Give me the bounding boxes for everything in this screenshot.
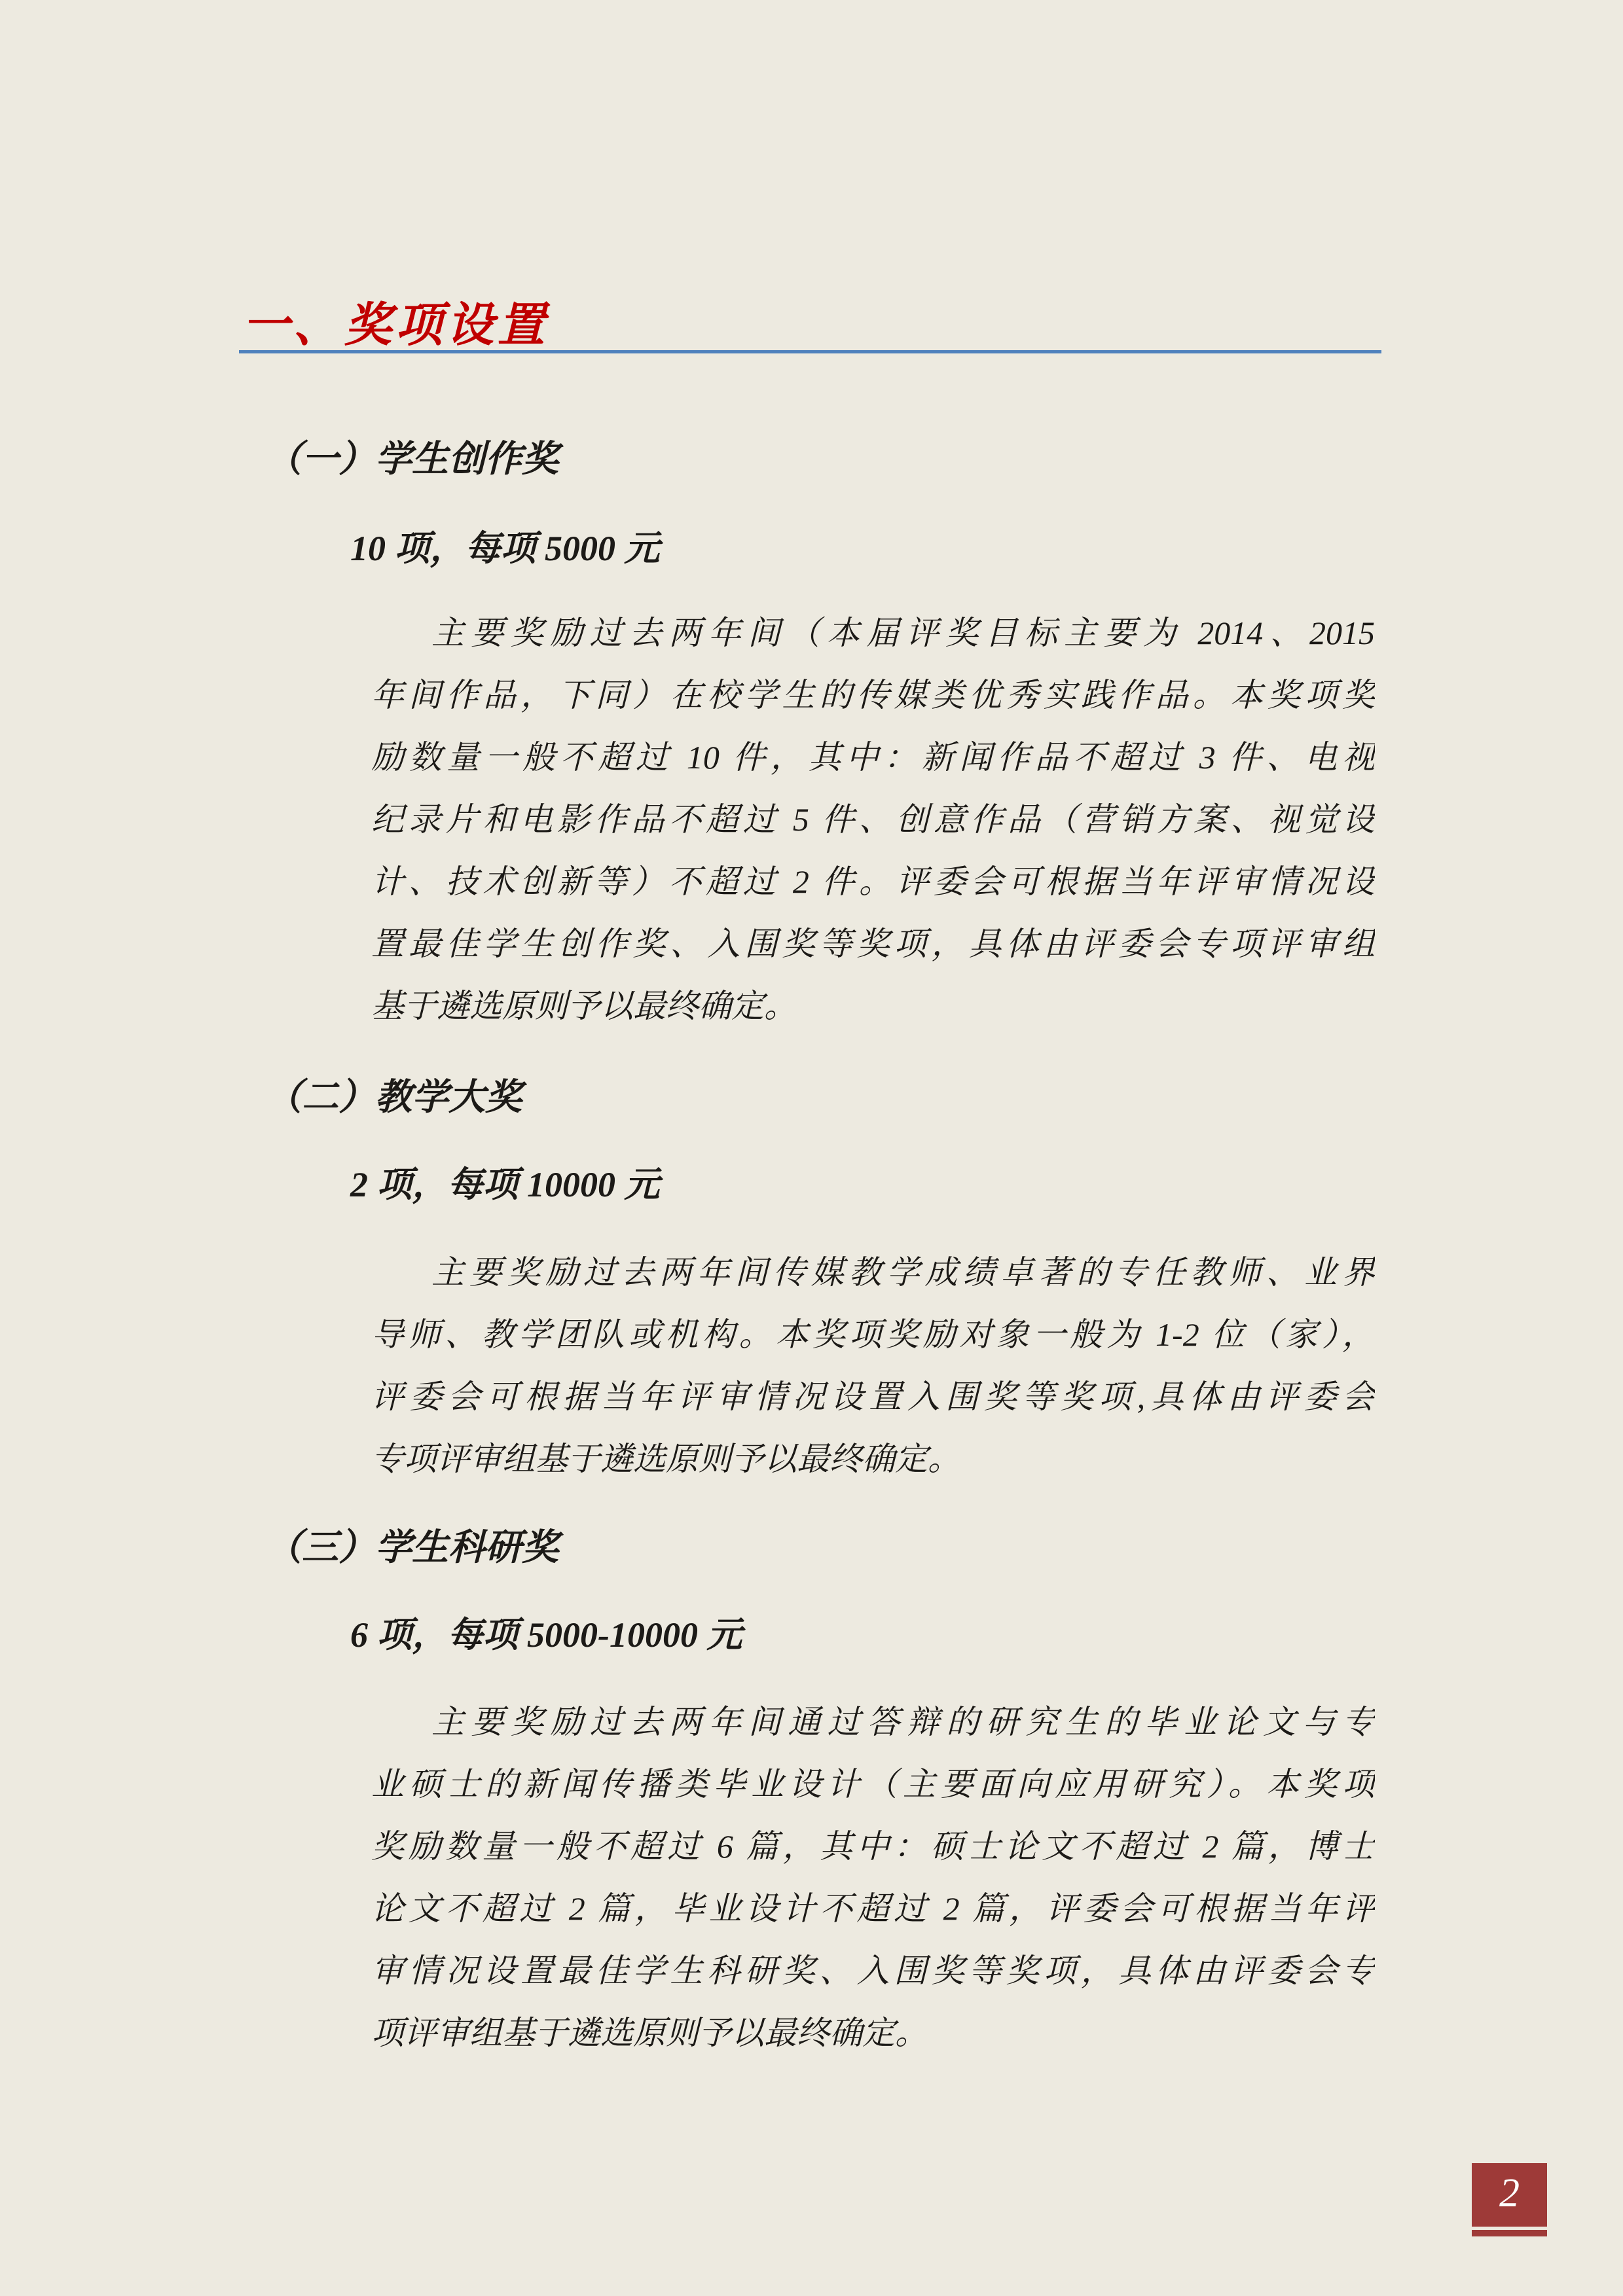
- page-number-box: 2: [1472, 2163, 1547, 2227]
- body-line: 计、技术创新等）不超过 2 件。评委会可根据当年评审情况设: [371, 851, 1375, 913]
- section-1-paragraph: 主要奖励过去两年间（本届评奖目标主要为 2014、2015 年间作品，下同）在校…: [371, 602, 1375, 1037]
- body-line: 论文不超过 2 篇，毕业设计不超过 2 篇，评委会可根据当年评: [371, 1878, 1375, 1940]
- page-number: 2: [1499, 2170, 1520, 2217]
- body-line: 主要奖励过去两年间通过答辩的研究生的毕业论文与专: [371, 1691, 1375, 1753]
- document-page: 一、奖项设置 （一）学生创作奖 10 项，每项 5000 元 主要奖励过去两年间…: [0, 0, 1623, 2296]
- title-underline: [239, 350, 1381, 353]
- body-line: 奖励数量一般不超过 6 篇，其中：硕士论文不超过 2 篇，博士: [371, 1816, 1375, 1878]
- body-line: 导师、教学团队或机构。本奖项奖励对象一般为 1-2 位（家），: [371, 1304, 1375, 1366]
- section-2-heading: （二）教学大奖: [265, 1079, 522, 1116]
- section-2-award: 2 项，每项 10000 元: [350, 1166, 660, 1203]
- section-3-paragraph: 主要奖励过去两年间通过答辩的研究生的毕业论文与专 业硕士的新闻传播类毕业设计（主…: [371, 1691, 1375, 2064]
- body-line: 业硕士的新闻传播类毕业设计（主要面向应用研究）。本奖项: [371, 1753, 1375, 1816]
- body-line: 基于遴选原则予以最终确定。: [371, 975, 1375, 1037]
- body-line: 励数量一般不超过 10 件，其中：新闻作品不超过 3 件、电视: [371, 726, 1375, 789]
- page-number-strip: [1472, 2230, 1547, 2236]
- body-line: 置最佳学生创作奖、入围奖等奖项，具体由评委会专项评审组: [371, 913, 1375, 975]
- body-line: 专项评审组基于遴选原则予以最终确定。: [371, 1428, 1375, 1490]
- body-line: 年间作品，下同）在校学生的传媒类优秀实践作品。本奖项奖: [371, 664, 1375, 726]
- section-1-heading: （一）学生创作奖: [265, 441, 558, 478]
- body-line: 主要奖励过去两年间（本届评奖目标主要为 2014、2015: [371, 602, 1375, 664]
- body-line: 评委会可根据当年评审情况设置入围奖等奖项,具体由评委会: [371, 1366, 1375, 1428]
- body-line: 纪录片和电影作品不超过 5 件、创意作品（营销方案、视觉设: [371, 789, 1375, 851]
- body-line: 主要奖励过去两年间传媒教学成绩卓著的专任教师、业界: [371, 1242, 1375, 1304]
- body-line: 项评审组基于遴选原则予以最终确定。: [371, 2002, 1375, 2064]
- section-3-award: 6 项，每项 5000-10000 元: [350, 1617, 742, 1653]
- body-line: 审情况设置最佳学生科研奖、入围奖等奖项，具体由评委会专: [371, 1940, 1375, 2002]
- section-3-heading: （三）学生科研奖: [265, 1530, 558, 1566]
- section-2-paragraph: 主要奖励过去两年间传媒教学成绩卓著的专任教师、业界 导师、教学团队或机构。本奖项…: [371, 1242, 1375, 1490]
- page-title: 一、奖项设置: [242, 287, 549, 355]
- section-1-award: 10 项，每项 5000 元: [350, 530, 660, 567]
